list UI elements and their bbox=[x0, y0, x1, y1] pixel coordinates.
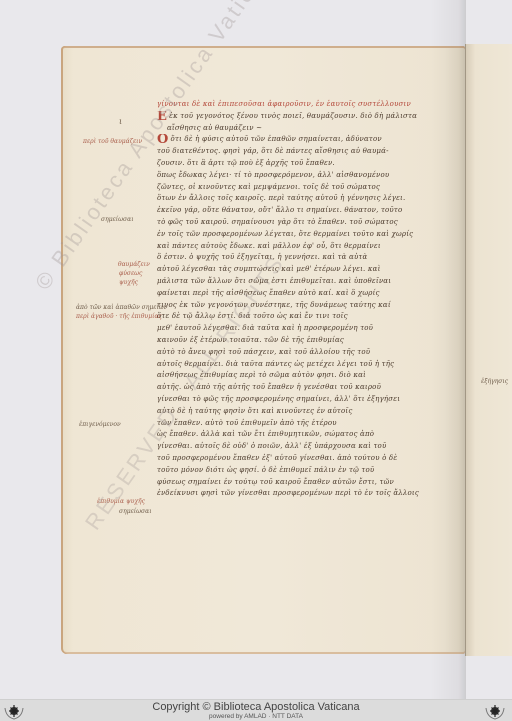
manuscript-line: φαίνεται περὶ τῆς αἰσθήσεως ἔπαθεν αὐτὸ … bbox=[157, 288, 462, 300]
manuscript-line-text: φαίνεται περὶ τῆς αἰσθήσεως ἔπαθεν αὐτὸ … bbox=[157, 289, 380, 297]
image-viewer[interactable]: ι ἐξήγησις γίνονται δὲ καὶ ἐπιπεσοῦσαι ἀ… bbox=[0, 0, 512, 699]
manuscript-line-text: ζῶντες, οἱ κινοῦντες καὶ μεμψάμενοι. τοῖ… bbox=[157, 183, 380, 191]
manuscript-line: αἰσθήσεως ἐπιθυμίας περὶ τὸ σῶμα αὐτὸν φ… bbox=[157, 370, 462, 382]
manuscript-line-text: αὐτοῖς θερμαίνει. διὰ ταῦτα πάντες ὡς με… bbox=[157, 360, 394, 368]
manuscript-line-text: τῶν ἔπαθεν. αὐτὸ τοῦ ἐπιθυμεῖν ἀπὸ τῆς ἑ… bbox=[157, 419, 337, 427]
marginal-note: περὶ ἀγαθοῦ · τῆς ἐπιθυμίας bbox=[76, 313, 162, 320]
manuscript-line: φύσεως σημαίνει ἐν τούτῳ τοῦ καιροῦ ἔπαθ… bbox=[157, 477, 462, 489]
manuscript-line-text: ἐνδείκνυσι φησὶ τῶν γίνεσθαι προσφερομέν… bbox=[157, 489, 419, 497]
manuscript-line-text: ὡς ἔπαθεν. ἀλλὰ καὶ τῶν ἔτι ἐπιθυμητικῶν… bbox=[157, 430, 374, 438]
manuscript-line: ὅπως ἔδωκας λέγει· τί τὸ προσφερόμενον, … bbox=[157, 170, 462, 182]
manuscript-line: ἐνδείκνυσι φησὶ τῶν γίνεσθαι προσφερομέν… bbox=[157, 488, 462, 500]
manuscript-line: γίνονται δὲ καὶ ἐπιπεσοῦσαι ἀφαιροῦσιν, … bbox=[157, 99, 462, 111]
rubricated-initial: Ο bbox=[157, 134, 169, 146]
manuscript-line: ζουσιν. ὅτι ἃ ἀρτι τῷ ποὺ ἐξ ἀρχῆς τοῦ ἔ… bbox=[157, 158, 462, 170]
manuscript-line-text: γίνεσθαι. αὐτοῖς δὲ οὐδ' ὁ ποιῶν, ἀλλ' ἐ… bbox=[157, 442, 386, 450]
manuscript-line: τοῦ προσφερομένου ἔπαθεν ἐξ' αὐτοῦ γίνεσ… bbox=[157, 453, 462, 465]
manuscript-line: αὐτὸ τὸ ἄνευ φησὶ τοῦ πάσχειν, καὶ τοῦ ἀ… bbox=[157, 347, 462, 359]
manuscript-line: καὶ πάντες αὐτοὺς ἔδωκε. καὶ μᾶλλον ἐφ' … bbox=[157, 241, 462, 253]
manuscript-line-text: ὅτων ἐν ἄλλοις τοῖς καιροῖς. περὶ ταύτης… bbox=[157, 194, 405, 202]
manuscript-line: τοῦ διατεθέντος. φησὶ γάρ, ὅτι δὲ πάντες… bbox=[157, 146, 462, 158]
manuscript-line: ζῶντες, οἱ κινοῦντες καὶ μεμψάμενοι. τοῖ… bbox=[157, 182, 462, 194]
powered-by-text: powered by AMLAD · NTT DATA bbox=[0, 713, 512, 721]
manuscript-line-text: καὶ πάντες αὐτοὺς ἔδωκε. καὶ μᾶλλον ἐφ' … bbox=[157, 242, 381, 250]
copyright-text: Copyright © Biblioteca Apostolica Vatica… bbox=[0, 701, 512, 713]
manuscript-line: τῶν ἔπαθεν. αὐτὸ τοῦ ἐπιθυμεῖν ἀπὸ τῆς ἑ… bbox=[157, 418, 462, 430]
marginal-note: ψυχῆς bbox=[119, 279, 138, 286]
manuscript-line-text: ὅπως ἔδωκας λέγει· τί τὸ προσφερόμενον, … bbox=[157, 171, 389, 179]
manuscript-line: αὐτοῖς θερμαίνει. διὰ ταῦτα πάντες ὡς με… bbox=[157, 359, 462, 371]
copyright-footer: Copyright © Biblioteca Apostolica Vatica… bbox=[0, 699, 512, 721]
manuscript-line: αὐτοῦ λέγεσθαι τὰς συμπτώσεις καὶ μεθ' ἑ… bbox=[157, 264, 462, 276]
right-page-marginal-note: ἐξήγησις bbox=[481, 378, 508, 385]
manuscript-line-text: γίνεσθαι τὸ φῶς τῆς προσφερομένης σημαίν… bbox=[157, 395, 400, 403]
manuscript-line-text: τοῦ προσφερομένου ἔπαθεν ἐξ' αὐτοῦ γίνεσ… bbox=[157, 454, 397, 462]
manuscript-line: μεθ' ἑαυτοῦ λέγεσθαι. διὰ ταῦτα καὶ ἡ πρ… bbox=[157, 323, 462, 335]
manuscript-line: ἐκεῖνο γάρ, οὔτε θάνατον, οὔτ' ἄλλο τι σ… bbox=[157, 205, 462, 217]
manuscript-line-text: αἰσθήσεως ἐπιθυμίας περὶ τὸ σῶμα αὐτὸν φ… bbox=[157, 371, 366, 379]
manuscript-line-text: ζουσιν. ὅτι ἃ ἀρτι τῷ ποὺ ἐξ ἀρχῆς τοῦ ἔ… bbox=[157, 159, 335, 167]
manuscript-line-text: αὐτὸ δὲ ἡ ταύτης φησὶν ὅτι καὶ κινοῦντες… bbox=[157, 407, 352, 415]
manuscript-line-text: καινοῦν ἐξ ἑτέρων τοιαῦτα. τῶν δὲ τῆς ἐπ… bbox=[157, 336, 344, 344]
marginal-note: φύσεως bbox=[119, 270, 142, 277]
manuscript-line-text: αὐτῆς. ὡς ἀπὸ τῆς αὐτῆς τοῦ ἔπαθεν ἡ γεν… bbox=[157, 383, 381, 391]
facing-page-edge: ἐξήγησις bbox=[465, 44, 512, 656]
manuscript-line: Οὅτι δὲ ἡ φύσις αὐτοῦ τῶν ἐπαθῶν σημαίνε… bbox=[157, 134, 462, 146]
marginal-note: ἐπιθυμία ψυχῆς bbox=[97, 498, 145, 505]
manuscript-text-block: γίνονται δὲ καὶ ἐπιπεσοῦσαι ἀφαιροῦσιν, … bbox=[157, 99, 462, 500]
manuscript-line-text: τὸ φῶς τοῦ καιροῦ. σημαίνουσι γὰρ ὅτι τὸ… bbox=[157, 218, 398, 226]
folio-mark: ι bbox=[119, 117, 122, 126]
manuscript-line-text: τινος ἐκ τῶν γεγονότων συνέστηκε, τῆς δυ… bbox=[157, 301, 391, 309]
rubricated-initial: Ε bbox=[157, 111, 167, 123]
manuscript-line: γίνεσθαι. αὐτοῖς δὲ οὐδ' ὁ ποιῶν, ἀλλ' ἐ… bbox=[157, 441, 462, 453]
manuscript-line-text: αὐτὸ τὸ ἄνευ φησὶ τοῦ πάσχειν, καὶ τοῦ ἀ… bbox=[157, 348, 370, 356]
manuscript-line: αὐτὸ δὲ ἡ ταύτης φησὶν ὅτι καὶ κινοῦντες… bbox=[157, 406, 462, 418]
marginal-note: θαυμάζειν bbox=[118, 261, 150, 268]
manuscript-line-text: μάλιστα τῶν ἄλλων ὅτι σῶμα ἐστι ἐπιθυμεῖ… bbox=[157, 277, 391, 285]
manuscript-line: ἐν τοῖς τῶν προσφερομένων λέγεται, ὅτε θ… bbox=[157, 229, 462, 241]
manuscript-line-text: μεθ' ἑαυτοῦ λέγεσθαι. διὰ ταῦτα καὶ ἡ πρ… bbox=[157, 324, 373, 332]
manuscript-line: ὅτων ἐν ἄλλοις τοῖς καιροῖς. περὶ ταύτης… bbox=[157, 193, 462, 205]
manuscript-line: ὡς ἔπαθεν. ἀλλὰ καὶ τῶν ἔτι ἐπιθυμητικῶν… bbox=[157, 429, 462, 441]
manuscript-line-text: ὅτε δὲ τῷ ἄλλῳ ἐστί. διὰ τοῦτο ὡς καὶ ἔν… bbox=[157, 312, 348, 320]
manuscript-line: μάλιστα τῶν ἄλλων ὅτι σῶμα ἐστι ἐπιθυμεῖ… bbox=[157, 276, 462, 288]
manuscript-line-text: ἐκ τοῦ γεγονότος ξένου τινὸς ποιεῖ, θαυμ… bbox=[169, 112, 417, 120]
marginal-note: περὶ τοῦ θαυμάζειν bbox=[83, 138, 142, 145]
manuscript-line: γίνεσθαι τὸ φῶς τῆς προσφερομένης σημαίν… bbox=[157, 394, 462, 406]
manuscript-line-text: αὐτοῦ λέγεσθαι τὰς συμπτώσεις καὶ μεθ' ἑ… bbox=[157, 265, 381, 273]
manuscript-line-text: αἴσθησις αὐ θαυμάζειν ~ bbox=[167, 124, 262, 132]
manuscript-line: ὅ ἐστιν. ὁ ψυχῆς τοῦ ἐξηγεῖται, ἡ γεννήσ… bbox=[157, 252, 462, 264]
marginal-note: ἐπιγενόμενον bbox=[79, 421, 121, 428]
vatican-library-emblem-icon bbox=[484, 703, 506, 720]
manuscript-line: τινος ἐκ τῶν γεγονότων συνέστηκε, τῆς δυ… bbox=[157, 300, 462, 312]
manuscript-line: αὐτῆς. ὡς ἀπὸ τῆς αὐτῆς τοῦ ἔπαθεν ἡ γεν… bbox=[157, 382, 462, 394]
manuscript-line: Εἐκ τοῦ γεγονότος ξένου τινὸς ποιεῖ, θαυ… bbox=[157, 111, 462, 123]
manuscript-line-text: φύσεως σημαίνει ἐν τούτῳ τοῦ καιροῦ ἔπαθ… bbox=[157, 478, 394, 486]
marginal-note: σημείωσαι bbox=[101, 216, 134, 223]
manuscript-line-text: ἐκεῖνο γάρ, οὔτε θάνατον, οὔτ' ἄλλο τι σ… bbox=[157, 206, 402, 214]
manuscript-line: καινοῦν ἐξ ἑτέρων τοιαῦτα. τῶν δὲ τῆς ἐπ… bbox=[157, 335, 462, 347]
manuscript-line: ὅτε δὲ τῷ ἄλλῳ ἐστί. διὰ τοῦτο ὡς καὶ ἔν… bbox=[157, 311, 462, 323]
manuscript-line: τοῦτο μόνον διότι ὡς φησί. ὁ δὲ ἐπιθυμεῖ… bbox=[157, 465, 462, 477]
manuscript-line-text: τοῦτο μόνον διότι ὡς φησί. ὁ δὲ ἐπιθυμεῖ… bbox=[157, 466, 374, 474]
manuscript-line: αἴσθησις αὐ θαυμάζειν ~ bbox=[157, 123, 462, 135]
marginal-note: ἀπὸ τῶν καὶ ἀπαθῶν σημείων bbox=[76, 304, 167, 311]
manuscript-line-text: ὅ ἐστιν. ὁ ψυχῆς τοῦ ἐξηγεῖται, ἡ γεννήσ… bbox=[157, 253, 367, 261]
manuscript-line-text: ἐν τοῖς τῶν προσφερομένων λέγεται, ὅτε θ… bbox=[157, 230, 413, 238]
manuscript-line-text: τοῦ διατεθέντος. φησὶ γάρ, ὅτι δὲ πάντες… bbox=[157, 147, 389, 155]
marginal-note: σημείωσαι bbox=[119, 508, 152, 515]
manuscript-line-text: γίνονται δὲ καὶ ἐπιπεσοῦσαι ἀφαιροῦσιν, … bbox=[157, 100, 411, 108]
manuscript-line: τὸ φῶς τοῦ καιροῦ. σημαίνουσι γὰρ ὅτι τὸ… bbox=[157, 217, 462, 229]
manuscript-line-text: ὅτι δὲ ἡ φύσις αὐτοῦ τῶν ἐπαθῶν σημαίνετ… bbox=[171, 135, 382, 143]
